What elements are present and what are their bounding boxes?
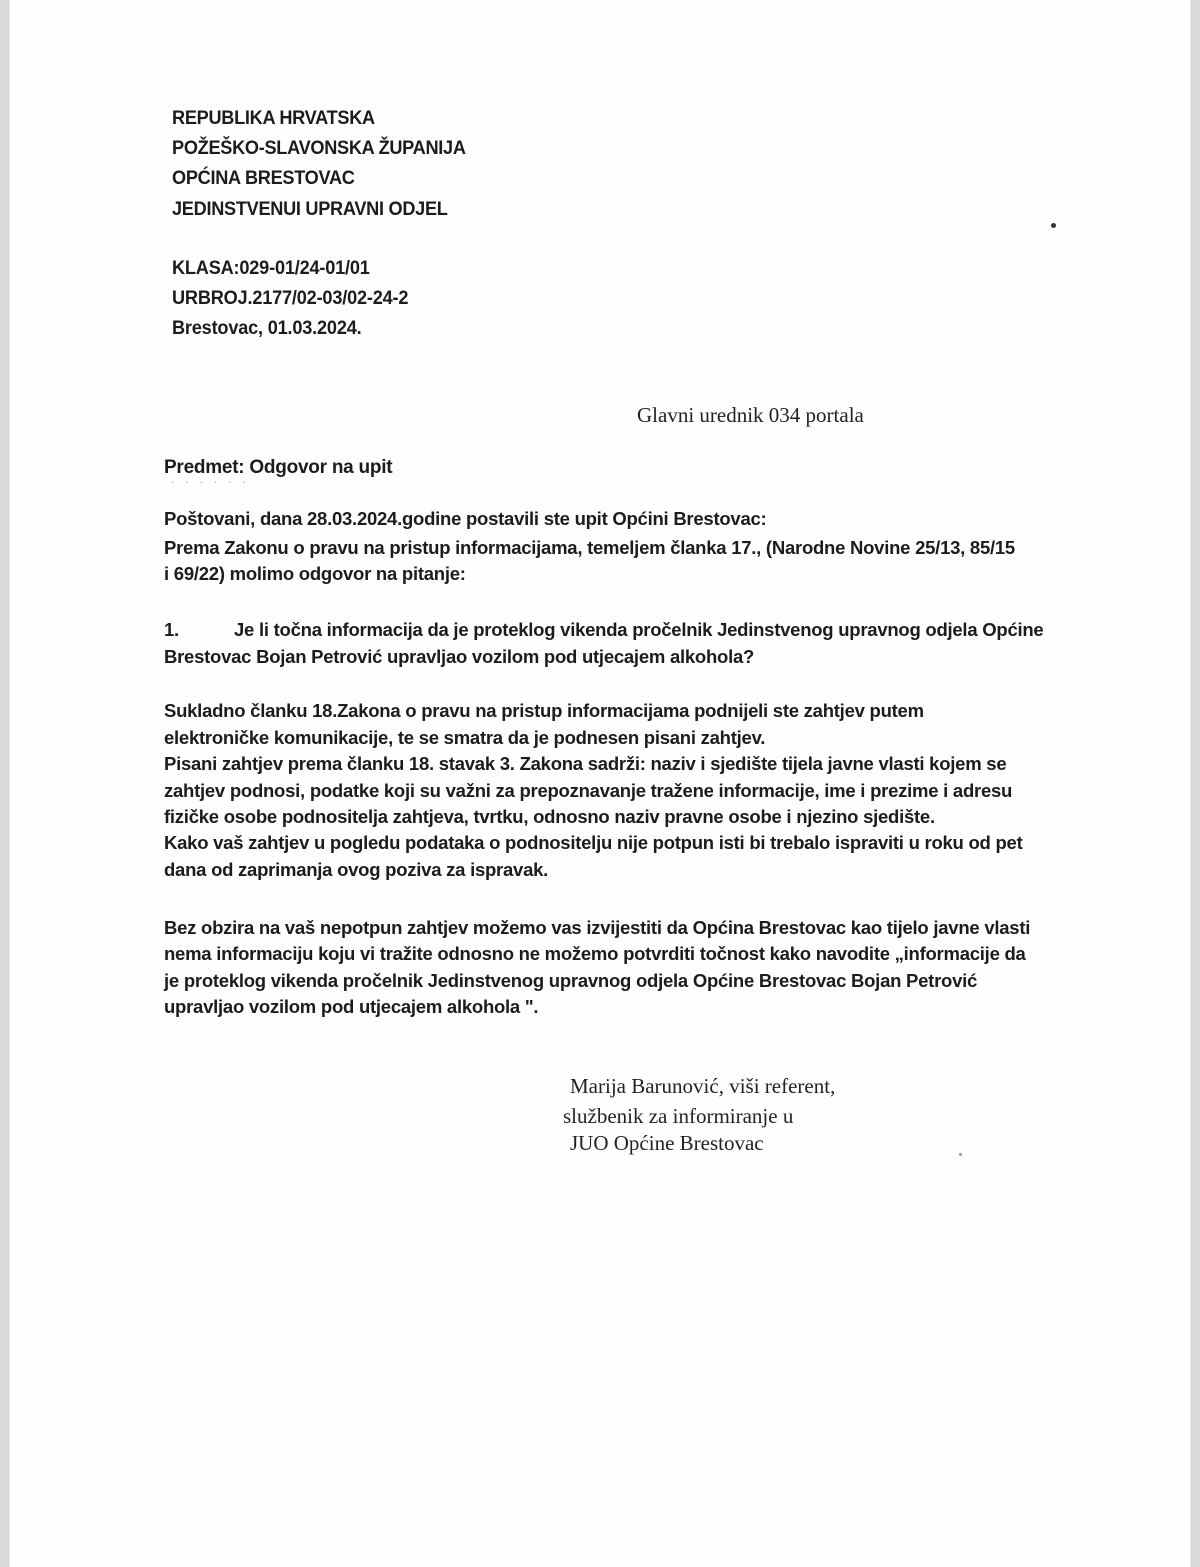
legal-line: elektroničke komunikacije, te se smatra … <box>164 727 765 749</box>
intro-line: i 69/22) molimo odgovor na pitanje: <box>164 563 466 585</box>
answer-line: Bez obzira na vaš nepotpun zahtjev možem… <box>164 917 1030 939</box>
scan-noise: · · · · · · <box>171 478 250 489</box>
answer-line: je proteklog vikenda pročelnik Jedinstve… <box>164 970 977 992</box>
header-country: REPUBLIKA HRVATSKA <box>172 107 375 130</box>
answer-line: nema informaciju koju vi tražite odnosno… <box>164 943 1026 965</box>
question-line: Je li točna informacija da je proteklog … <box>234 619 1043 641</box>
question-line: Brestovac Bojan Petrović upravljao vozil… <box>164 646 754 668</box>
legal-line: fizičke osobe podnositelja zahtjeva, tvr… <box>164 806 935 828</box>
intro-line: Poštovani, dana 28.03.2024.godine postav… <box>164 508 766 530</box>
subject-line: Predmet: Odgovor na upit <box>164 457 392 479</box>
scan-speck <box>1051 223 1056 228</box>
legal-line: zahtjev podnosi, podatke koji su važni z… <box>164 780 1012 802</box>
urbroj: URBROJ.2177/02-03/02-24-2 <box>172 287 408 310</box>
place-date: Brestovac, 01.03.2024. <box>172 317 361 340</box>
legal-line: Sukladno članku 18.Zakona o pravu na pri… <box>164 700 924 722</box>
signatory-office: JUO Općine Brestovac <box>570 1131 764 1156</box>
recipient: Glavni urednik 034 portala <box>637 403 864 428</box>
legal-line: Kako vaš zahtjev u pogledu podataka o po… <box>164 832 1022 854</box>
document-page: REPUBLIKA HRVATSKA POŽEŠKO-SLAVONSKA ŽUP… <box>9 0 1191 1567</box>
scan-speck <box>959 1153 962 1156</box>
signatory-name: Marija Barunović, viši referent, <box>570 1074 835 1099</box>
signatory-role: službenik za informiranje u <box>563 1104 793 1129</box>
question-number: 1. <box>164 619 179 641</box>
header-department: JEDINSTVENUI UPRAVNI ODJEL <box>172 198 448 221</box>
klasa: KLASA:029-01/24-01/01 <box>172 257 370 280</box>
legal-line: Pisani zahtjev prema članku 18. stavak 3… <box>164 753 1006 775</box>
header-municipality: OPĆINA BRESTOVAC <box>172 167 355 190</box>
answer-line: upravljao vozilom pod utjecajem alkohola… <box>164 996 538 1018</box>
legal-line: dana od zaprimanja ovog poziva za isprav… <box>164 859 548 881</box>
intro-line: Prema Zakonu o pravu na pristup informac… <box>164 537 1015 559</box>
header-county: POŽEŠKO-SLAVONSKA ŽUPANIJA <box>172 137 466 160</box>
